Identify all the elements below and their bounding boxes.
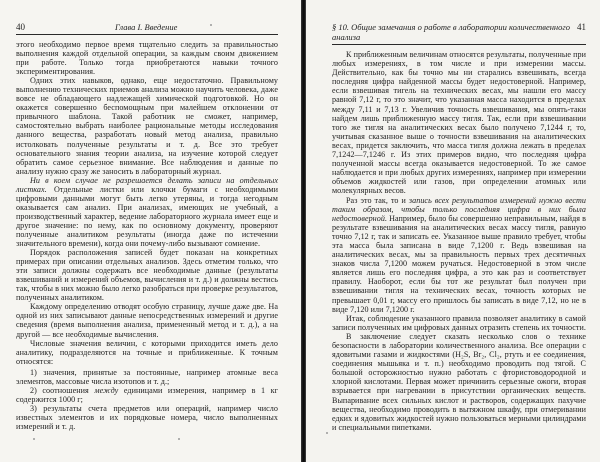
section-title: § 10. Общие замечания о работе в лаборат… — [332, 22, 577, 42]
paragraph: Ни в коем случае не разрешается делать з… — [16, 176, 278, 248]
scan-speck — [33, 438, 35, 440]
paragraph-text: Например, было бы совершенно неправильны… — [332, 214, 586, 314]
book-spread: 40 Глава I. Введение этого необходимо пе… — [0, 0, 600, 462]
paragraph-text: Раз это так, то и — [346, 196, 409, 205]
scan-speck — [326, 432, 328, 434]
left-page: 40 Глава I. Введение этого необходимо пе… — [0, 0, 302, 462]
list-item: 3) результаты счета предметов или операц… — [16, 404, 278, 431]
left-running-head: 40 Глава I. Введение — [16, 22, 278, 35]
page-number: 41 — [577, 22, 586, 32]
right-page: § 10. Общие замечания о работе в лаборат… — [306, 0, 600, 462]
list-item: 1) значения, принятые за постоянные, нап… — [16, 368, 278, 386]
paragraph: Каждому определению отводят особую стран… — [16, 302, 278, 338]
paragraph: Итак, соблюдение указанного правила позв… — [332, 314, 586, 332]
list-item-text: 2) соотношения — [30, 386, 94, 395]
italic-emphasis: между — [94, 386, 118, 395]
left-page-body: этого необходимо первое время тщательно … — [16, 40, 278, 431]
paragraph-text: Отдельные листки или клочки бумаги с нео… — [16, 185, 278, 248]
paragraph: Порядок расположения записей будет показ… — [16, 248, 278, 302]
list-item: 2) соотношения между единицами измерения… — [16, 386, 278, 404]
scan-speck — [210, 24, 212, 26]
paragraph: Числовые значения величин, с которыми пр… — [16, 339, 278, 366]
paragraph: Одних этих навыков, однако, еще недостат… — [16, 76, 278, 176]
paragraph: В заключение следует сказать несколько с… — [332, 332, 586, 432]
paragraph: К приближенным величинам относятся резул… — [332, 50, 586, 196]
paragraph: этого необходимо первое время тщательно … — [16, 40, 278, 76]
paragraph: Раз это так, то и запись всех результато… — [332, 196, 586, 314]
scan-speck — [178, 438, 180, 440]
right-page-body: К приближенным величинам относятся резул… — [332, 50, 586, 432]
right-running-head: § 10. Общие замечания о работе в лаборат… — [332, 22, 586, 45]
chapter-title: Глава I. Введение — [115, 22, 177, 32]
page-number: 40 — [16, 22, 25, 32]
